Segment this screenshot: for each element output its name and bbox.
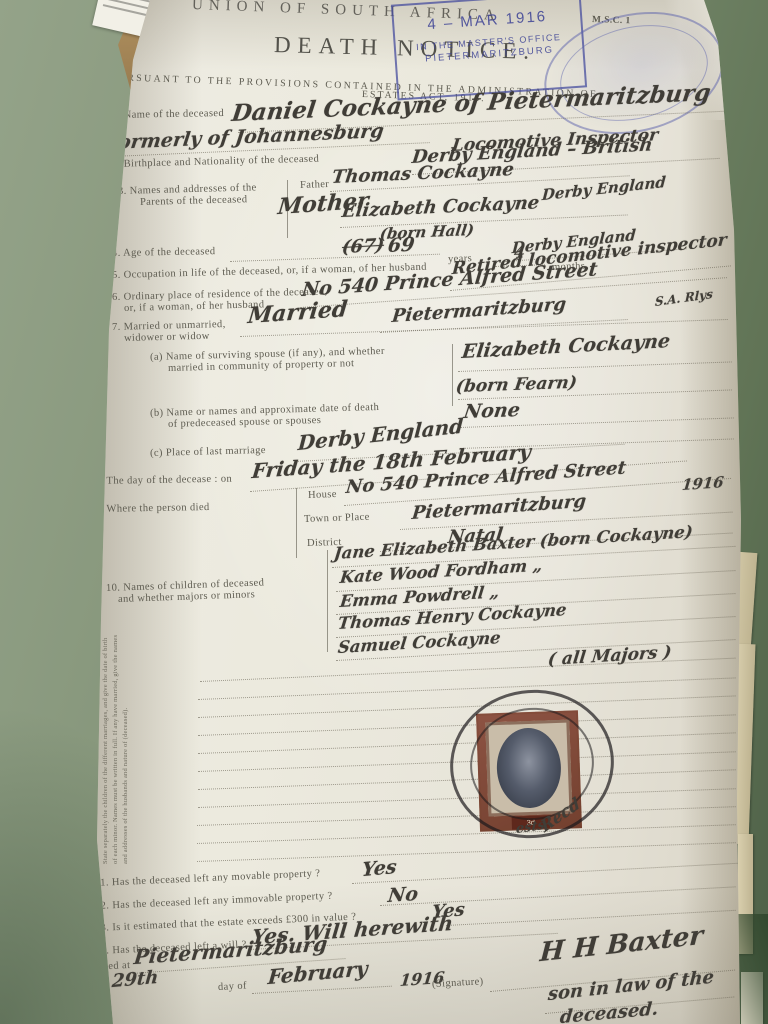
field-7a-value-1: Elizabeth Cockayne — [461, 330, 672, 363]
field-6-label-2: or, if a woman, of her husband — [124, 299, 265, 314]
field-7-label-2: widower or widow — [124, 331, 210, 344]
dotted-line — [197, 842, 736, 862]
scanned-death-notice-photo: UNION OF SOUTH AFRICA M.S.C. 1 DEATH NOT… — [0, 0, 768, 1024]
field-7c-label: (c) Place of last marriage — [150, 445, 266, 459]
day-of-label: day of — [218, 980, 247, 992]
field-8-year: 1916 — [681, 473, 725, 494]
this-label: this — [86, 987, 101, 998]
signature-label: (Signature) — [432, 976, 484, 990]
field-1-label: 1. Name of the deceased — [112, 108, 224, 121]
death-notice-page: UNION OF SOUTH AFRICA M.S.C. 1 DEATH NOT… — [0, 0, 768, 1024]
field-2-label: 2. Birthplace and Nationality of the dec… — [112, 154, 319, 170]
field-4-label: 4. Age of the deceased — [112, 246, 216, 259]
field-7a-value-2: (born Fearn) — [455, 373, 579, 397]
field-7a-brace-line — [452, 344, 453, 406]
field-12-label: 12. Has the deceased left any immovable … — [95, 891, 333, 912]
field-8-label: 8. The day of the decease : on — [95, 474, 232, 487]
month-value: February — [267, 956, 369, 989]
margin-instruction-note: State separately the children of the dif… — [101, 632, 131, 864]
field-10-brace-line — [327, 550, 328, 652]
father-label: Father — [300, 179, 330, 191]
dotted-line — [198, 677, 736, 700]
field-5-value-2: S.A. Rlys — [655, 287, 713, 309]
dotted-line — [458, 361, 732, 372]
age-value: 69 — [387, 234, 416, 258]
mother-name: Elizabeth Cockayne — [341, 192, 541, 222]
house-label: House — [308, 489, 337, 501]
dotted-line — [200, 658, 736, 682]
signature-name: H H Baxter — [539, 921, 704, 969]
field-1-value-cont: formerly of Johannesburg — [109, 120, 386, 154]
stamp-date: 4 – MAR 1916 — [394, 6, 581, 36]
dotted-line — [197, 824, 736, 844]
town-label: Town or Place — [304, 512, 370, 525]
field-11-label: 11. Has the deceased left any movable pr… — [95, 868, 321, 889]
field-3-label-2: Parents of the deceased — [140, 194, 248, 208]
dotted-line — [198, 695, 736, 718]
field-11-value: Yes — [361, 856, 398, 881]
town-value: Pietermaritzburg — [411, 491, 587, 524]
dotted-line — [352, 863, 738, 884]
field-7b-value: None — [462, 399, 521, 423]
field-9-brace-line — [296, 488, 297, 558]
day-value: 29th — [111, 967, 159, 992]
field-9-label: 9. Where the person died — [95, 502, 210, 515]
age-struck-value: (67) — [341, 235, 386, 258]
